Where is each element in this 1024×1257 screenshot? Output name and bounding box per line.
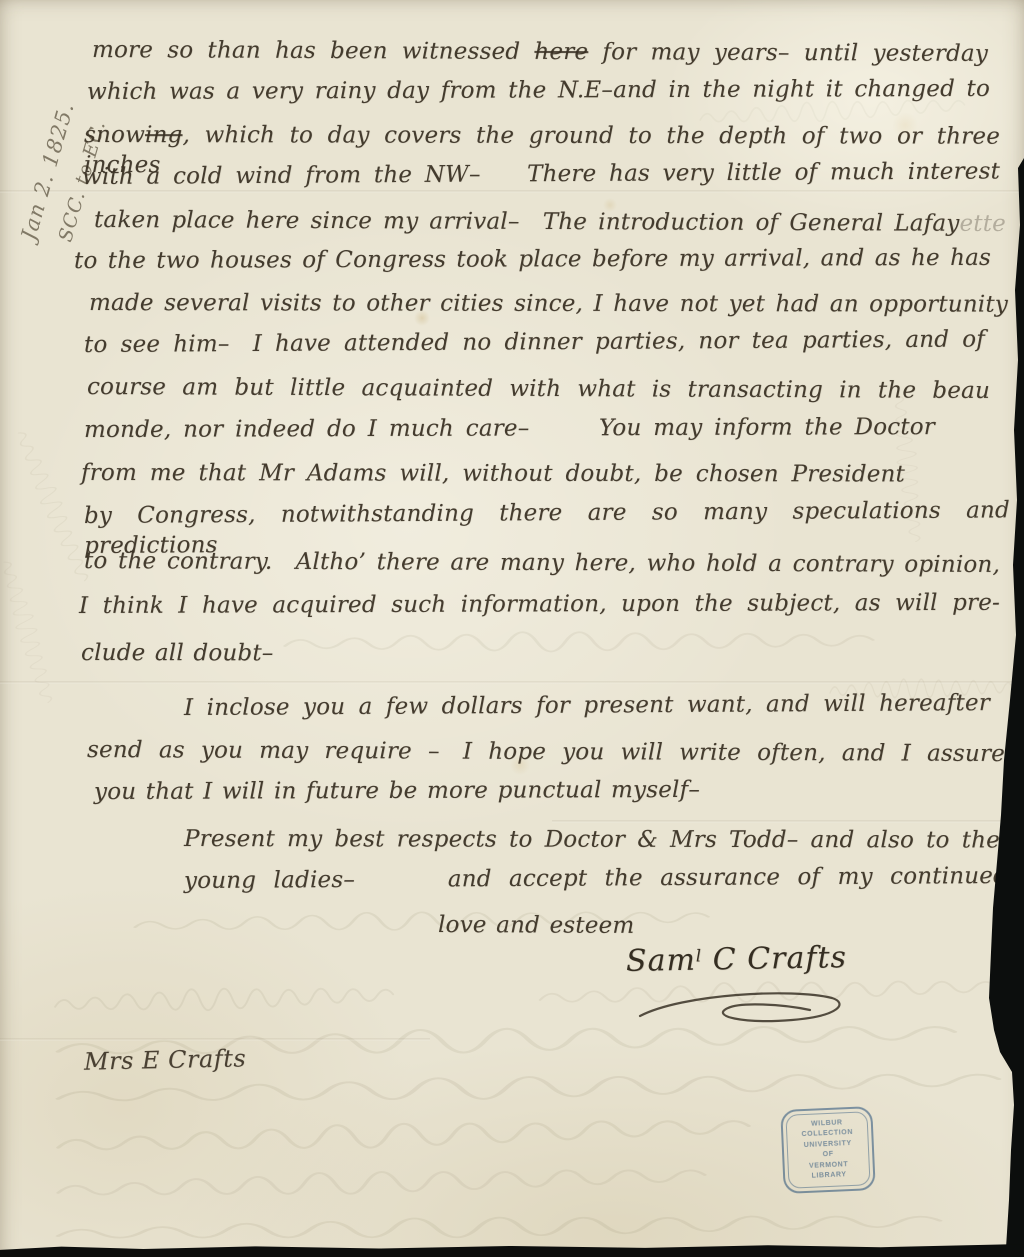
signature-flourish bbox=[632, 986, 852, 1036]
letter-line: course am but little acquainted with wha… bbox=[87, 373, 990, 407]
letter-page: Jan 2. 1825. SCC. to EC. more so than ha… bbox=[0, 0, 1024, 1257]
letter-line: more so than has been witnessed here for… bbox=[92, 36, 988, 70]
letter-line: I inclose you a few dollars for present … bbox=[184, 689, 990, 724]
text-segment: I think I have acquired such information… bbox=[79, 590, 1000, 619]
text-segment: to see him– I have attended no dinner pa… bbox=[84, 326, 985, 358]
text-segment: to the contrary. Altho’ there are many h… bbox=[84, 548, 1000, 578]
letter-line: to the contrary. Altho’ there are many h… bbox=[84, 547, 1000, 581]
letter-line: I think I have acquired such information… bbox=[79, 589, 1000, 622]
text-segment: snow bbox=[84, 122, 145, 148]
text-segment: which was a very rainy day from the N.E–… bbox=[87, 76, 990, 105]
addressee: Mrs E Crafts bbox=[84, 1044, 247, 1076]
letter-line: made several visits to other cities sinc… bbox=[89, 289, 1008, 320]
text-segment: with a cold wind from the NW– There has … bbox=[82, 158, 1000, 190]
letter-line: clude all doubt– bbox=[81, 639, 274, 669]
letter-line: from me that Mr Adams will, without doub… bbox=[81, 459, 905, 490]
text-segment: Present my best respects to Doctor & Mrs… bbox=[184, 826, 1000, 853]
letter-line: monde, nor indeed do I much care– You ma… bbox=[84, 413, 935, 446]
struck-word: ing bbox=[145, 122, 183, 148]
text-segment: course am but little acquainted with wha… bbox=[87, 374, 990, 404]
letter-line: send as you may require – I hope you wil… bbox=[87, 736, 1005, 770]
text-segment: to the two houses of Congress took place… bbox=[74, 245, 991, 274]
text-segment: made several visits to other cities sinc… bbox=[89, 290, 1008, 318]
letter-line: to the two houses of Congress took place… bbox=[74, 244, 991, 277]
text-segment: I inclose you a few dollars for present … bbox=[184, 690, 990, 721]
text-segment: monde, nor indeed do I much care– You ma… bbox=[84, 414, 935, 443]
signature: Saml C Crafts bbox=[626, 940, 848, 980]
stamp-line: LIBRARY bbox=[803, 1170, 855, 1183]
text-segment: young ladies– and accept the assurance o… bbox=[184, 863, 1008, 894]
text-segment: love and esteem bbox=[438, 912, 634, 939]
text-segment: from me that Mr Adams will, without doub… bbox=[81, 460, 905, 487]
text-segment: more so than has been witnessed bbox=[92, 37, 535, 65]
letter-line: to see him– I have attended no dinner pa… bbox=[84, 325, 985, 360]
faint-word: ette bbox=[959, 211, 1006, 237]
letter-line: with a cold wind from the NW– There has … bbox=[82, 157, 1000, 192]
letter-line: you that I will in future be more punctu… bbox=[94, 776, 700, 808]
letter-line: young ladies– and accept the assurance o… bbox=[184, 862, 1008, 897]
text-segment: you that I will in future be more punctu… bbox=[94, 777, 700, 805]
text-segment: send as you may require – I hope you wil… bbox=[87, 737, 1005, 767]
letter-line: Present my best respects to Doctor & Mrs… bbox=[184, 825, 1000, 856]
text-segment: C Crafts bbox=[702, 940, 847, 978]
text-segment: for may years– until yesterday bbox=[588, 39, 988, 67]
text-segment: taken place here since my arrival– The i… bbox=[94, 207, 960, 237]
text-segment: Sam bbox=[626, 943, 696, 979]
struck-word: here bbox=[534, 39, 588, 65]
letter-line: love and esteem bbox=[438, 911, 635, 942]
torn-edge-bottom bbox=[0, 1244, 1024, 1257]
library-stamp: WILBURCOLLECTIONUNIVERSITYOFVERMONTLIBRA… bbox=[780, 1106, 876, 1194]
letter-line: which was a very rainy day from the N.E–… bbox=[87, 75, 990, 108]
crease-line bbox=[0, 1038, 430, 1041]
crease-line bbox=[552, 820, 1018, 823]
letter-line: taken place here since my arrival– The i… bbox=[94, 206, 1006, 240]
crease-line bbox=[0, 681, 1024, 684]
text-segment: clude all doubt– bbox=[81, 640, 274, 666]
stamp-text: WILBURCOLLECTIONUNIVERSITYOFVERMONTLIBRA… bbox=[801, 1117, 855, 1182]
